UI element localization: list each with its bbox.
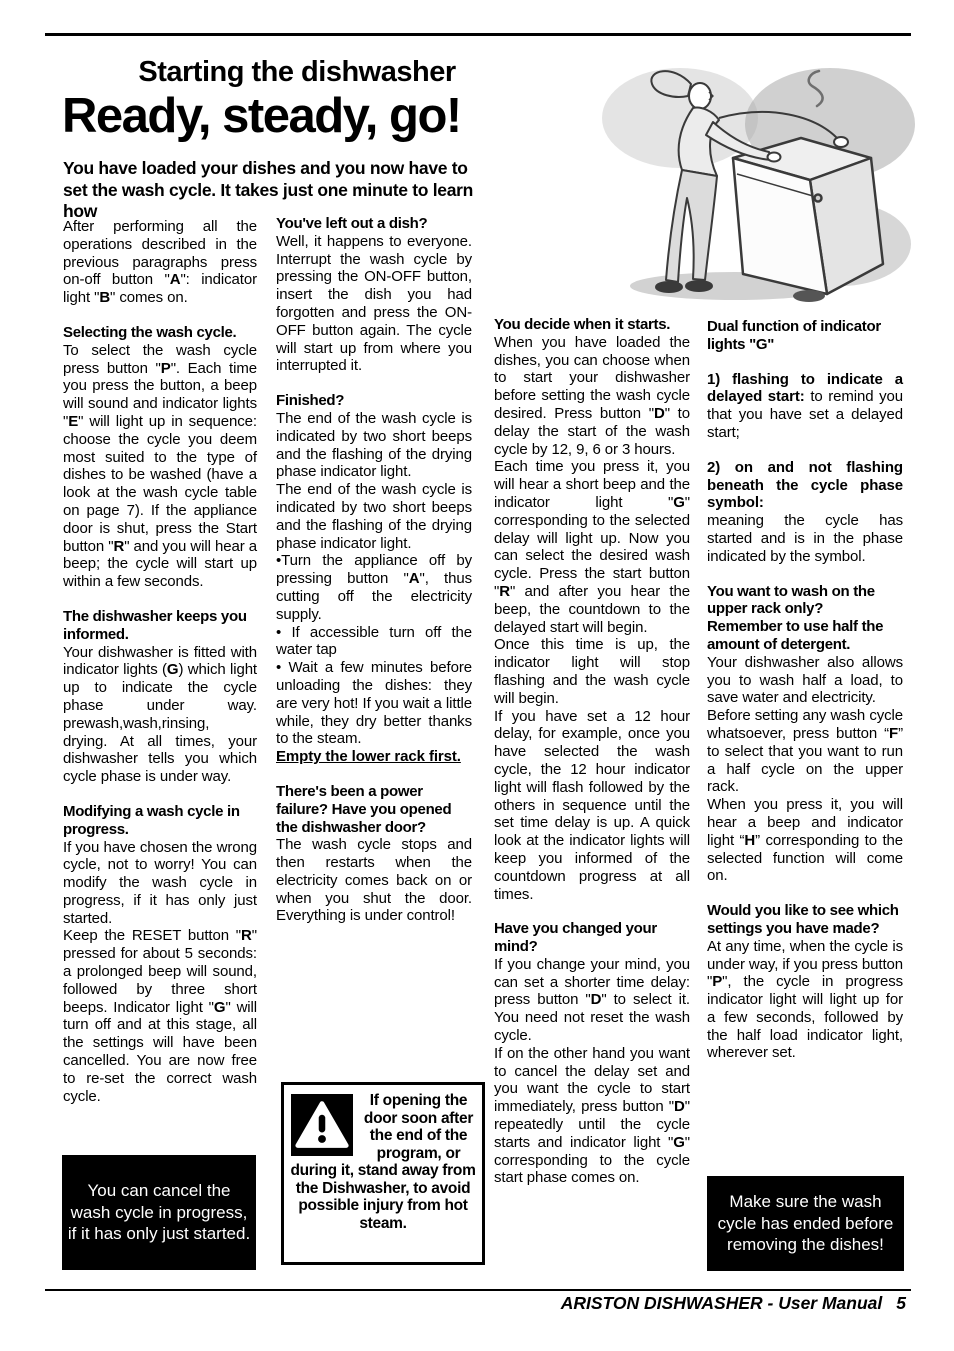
page-headline: Ready, steady, go! xyxy=(62,88,461,144)
para-upper-rack: Your dishwasher also allows you to wash … xyxy=(707,654,903,885)
heading-keeps-informed: The dishwasher keeps you informed. xyxy=(63,608,257,644)
note-wash-ended-text: Make sure the washcycle has ended before… xyxy=(718,1191,894,1256)
pants xyxy=(666,170,717,282)
page-number: 5 xyxy=(896,1293,906,1313)
note-wash-ended: Make sure the washcycle has ended before… xyxy=(707,1176,904,1271)
column-4: Dual function of indicator lights "G" 1)… xyxy=(707,318,903,1062)
sketch-svg xyxy=(585,46,915,310)
para-see-settings: At any time, when the cycle is under way… xyxy=(707,938,903,1063)
column-3: You decide when it starts. When you have… xyxy=(494,316,690,1187)
heading-dual-function: Dual function of indicator lights "G" xyxy=(707,318,903,354)
footer-title: ARISTON DISHWASHER - User Manual xyxy=(561,1293,883,1313)
heading-finished: Finished? xyxy=(276,392,472,410)
section-title: Starting the dishwasher xyxy=(63,56,531,89)
near-hand xyxy=(768,153,781,162)
dishwasher-box xyxy=(733,138,883,302)
shoe-front xyxy=(686,281,712,291)
para-flashing-delayed-start: 1) flashing to indicate a delayed start:… xyxy=(707,371,903,442)
heading-you-decide: You decide when it starts. xyxy=(494,316,690,334)
para-changed-mind: If you change your mind, you can set a s… xyxy=(494,956,690,1187)
note-cancel-cycle-text: You can cancel thewash cycle in progress… xyxy=(68,1180,250,1245)
para-selecting-cycle: To select the wash cycle press button "P… xyxy=(63,342,257,591)
top-rule xyxy=(45,33,911,36)
heading-selecting-cycle: Selecting the wash cycle. xyxy=(63,324,257,342)
para-power-failure: The wash cycle stops and then restarts w… xyxy=(276,836,472,925)
para-modifying-cycle: If you have chosen the wrong cycle, not … xyxy=(63,839,257,1106)
para-finished: The end of the wash cycle is indicated b… xyxy=(276,410,472,766)
manual-page: Starting the dishwasher Ready, steady, g… xyxy=(0,0,954,1351)
warning-box: If opening the door soon after the end o… xyxy=(281,1082,485,1265)
footer-rule xyxy=(45,1289,911,1291)
heading-modifying-cycle: Modifying a wash cycle in progress. xyxy=(63,803,257,839)
para-on-not-flashing: 2) on and not flashing beneath the cycle… xyxy=(707,459,903,566)
heading-changed-mind: Have you changed your mind? xyxy=(494,920,690,956)
far-hand xyxy=(834,137,848,147)
note-cancel-cycle: You can cancel thewash cycle in progress… xyxy=(62,1155,256,1270)
para-you-decide: When you have loaded the dishes, you can… xyxy=(494,334,690,904)
heading-left-out-dish: You've left out a dish? xyxy=(276,215,472,233)
heading-see-settings: Would you like to see which settings you… xyxy=(707,902,903,938)
column-2: You've left out a dish? Well, it happens… xyxy=(276,215,472,925)
para-after-performing: After performing all the operations desc… xyxy=(63,218,257,307)
para-keeps-informed: Your dishwasher is fitted with indicator… xyxy=(63,644,257,786)
dishwasher-illustration xyxy=(585,46,915,310)
warning-triangle-icon xyxy=(291,1094,353,1156)
intro-text: You have loaded your dishes and you now … xyxy=(63,158,479,223)
column-1: After performing all the operations desc… xyxy=(63,218,257,1105)
heading-upper-rack: You want to wash on the upper rack only?… xyxy=(707,583,903,654)
para-left-out-dish: Well, it happens to everyone. Interrupt … xyxy=(276,233,472,375)
page-footer: ARISTON DISHWASHER - User Manual5 xyxy=(45,1293,906,1314)
shoe-back xyxy=(656,282,682,292)
head xyxy=(689,83,711,109)
heading-power-failure: There's been a power failure? Have you o… xyxy=(276,783,472,836)
